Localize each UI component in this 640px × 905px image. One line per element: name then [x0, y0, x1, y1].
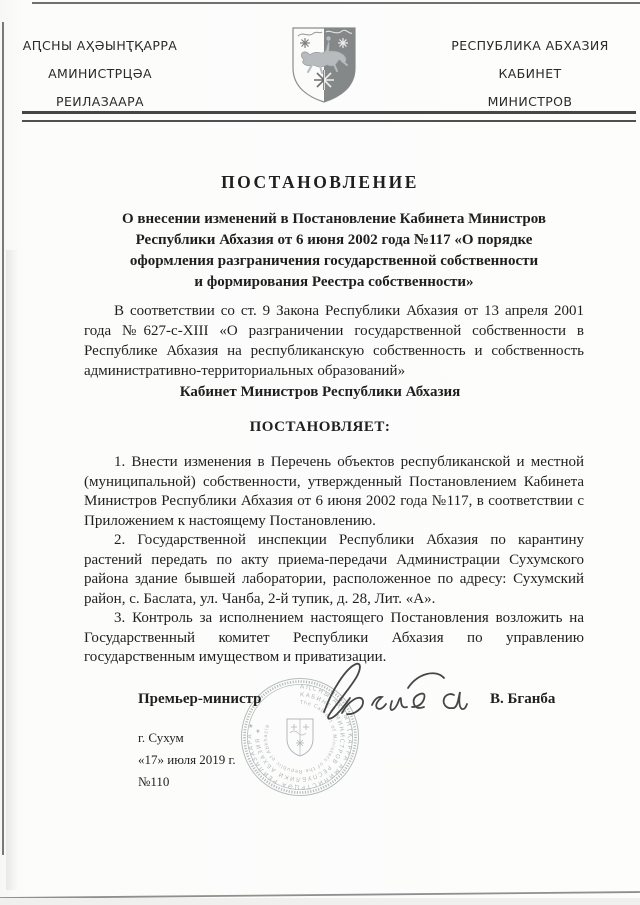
subject-line3: оформления разграничения государственной…: [88, 251, 580, 272]
subject-line4: и формирования Реестра собственности»: [88, 272, 580, 293]
signer-post: Премьер-министр: [138, 691, 262, 708]
letterhead-russian: РЕСПУБЛИКА АБХАЗИЯ КАБИНЕТ МИНИСТРОВ: [430, 32, 630, 116]
issue-city: г. Сухум: [138, 727, 236, 749]
decree-item-1: 1. Внести изменения в Перечень объектов …: [84, 453, 584, 531]
scan-smudge-left: [6, 250, 18, 890]
decree-title: ПОСТАНОВЛЕНИЕ: [0, 172, 640, 193]
subject-line1: О внесении изменений в Постановление Каб…: [88, 209, 580, 230]
letterhead-russian-line1: РЕСПУБЛИКА АБХАЗИЯ: [430, 32, 630, 60]
scan-edge-top: [32, 2, 640, 4]
coat-of-arms-icon: [290, 26, 358, 104]
letterhead-russian-line2: КАБИНЕТ: [430, 60, 630, 88]
letterhead-abkhaz-line2: АМИНИСТРЦӘА: [10, 60, 190, 88]
decree-subject: О внесении изменений в Постановление Каб…: [88, 209, 580, 293]
letterhead-divider: [22, 111, 636, 122]
issue-date: «17» июля 2019 г.: [138, 749, 236, 771]
resolves-line: ПОСТАНОВЛЯЕТ:: [0, 419, 640, 436]
decree-item-2: 2. Государственной инспекции Республики …: [84, 531, 584, 609]
subject-line2: Республики Абхазия от 6 июня 2002 года №…: [88, 230, 580, 251]
preamble-paragraph: В соответствии со ст. 9 Закона Республик…: [84, 301, 584, 381]
issue-number: №110: [138, 771, 236, 793]
scan-edge-bottom: [0, 886, 640, 905]
seal-center-shield: [287, 719, 313, 756]
signature-autograph: [314, 660, 474, 722]
issue-details: г. Сухум «17» июля 2019 г. №110: [138, 727, 236, 793]
letterhead-abkhaz: АԤСНЫ АҲӘЫНҬҚАРРА АМИНИСТРЦӘА РЕИЛАЗААРА: [10, 32, 190, 116]
signer-name: В. Бганба: [490, 691, 555, 708]
scanned-decree-page: АԤСНЫ АҲӘЫНҬҚАРРА АМИНИСТРЦӘА РЕИЛАЗААРА…: [0, 0, 640, 905]
authority-line: Кабинет Министров Республики Абхазия: [0, 384, 640, 401]
decree-item-3: 3. Контроль за исполнением настоящего По…: [84, 609, 584, 668]
letterhead-abkhaz-line1: АԤСНЫ АҲӘЫНҬҚАРРА: [10, 32, 190, 60]
decree-items: 1. Внести изменения в Перечень объектов …: [84, 453, 584, 668]
scan-edge-left: [2, 22, 4, 855]
